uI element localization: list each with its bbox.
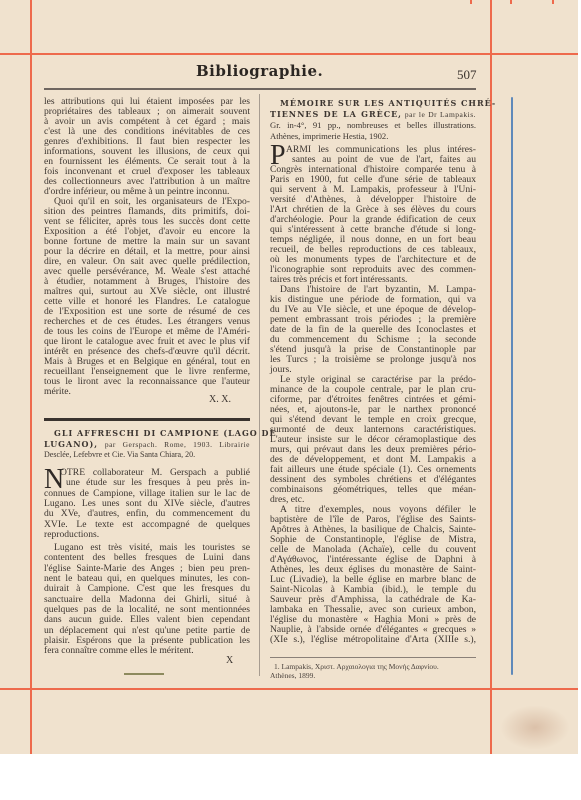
footnote-line: 1. Lampakis, Χριστ. Αρχαιολογια της Μονή… (274, 662, 439, 671)
section-rule (44, 418, 250, 421)
text-line: (XIe s.), l'église métropolitaine d'Arta… (270, 635, 476, 645)
text-line: tous le liront avec la reconnaissance qu… (44, 377, 250, 387)
red-rule-right (490, 0, 492, 754)
review-title: MÉMOIRE SUR LES ANTIQUITÉS CHRÉ- (270, 98, 476, 109)
running-head: Bibliographie. (196, 62, 323, 80)
text-line: contentent des belles fresques de Luini … (44, 553, 250, 563)
review-citation: LUGANO), par Gerspach. Rome, 1903. Libra… (44, 439, 250, 450)
red-tick (510, 0, 512, 4)
review-title: GLI AFFRESCHI DI CAMPIONE (LAGO DE (44, 428, 250, 439)
footnote-line: Athènes, 1899. (270, 671, 315, 680)
text-line: une étude sur les fresques à peu près in… (66, 478, 250, 488)
text-line: un déplacement qui n'est qu'une petite p… (44, 626, 250, 636)
column-divider (259, 94, 260, 676)
text-line: XVIe. Le texte est accompagné de quelque… (44, 520, 250, 530)
review-citation-3: Athènes, imprimerie Hestia, 1902. (270, 131, 476, 141)
blue-pencil-mark (511, 97, 513, 675)
text-line: fera connaître comme elles le méritent. (44, 646, 250, 656)
page-number: 507 (457, 67, 477, 83)
end-rule (124, 673, 164, 675)
text-line: les Turcs ; la troisième se prolonge jus… (270, 355, 476, 365)
text-line: reproductions. (44, 530, 250, 540)
foxing-stain (500, 705, 570, 750)
text-line: du XVe, d'autres, enfin, du commencement… (44, 509, 250, 519)
review-citation-2: Desclée, Lefebvre et Cie. Via Santa Chia… (44, 450, 250, 460)
review-citation: TIENNES DE LA GRÈCE, par le Dr Lampakis. (270, 109, 476, 120)
header-rule (44, 88, 476, 90)
red-rule-left (30, 0, 32, 754)
footnote-rule (270, 657, 476, 658)
red-tick (470, 0, 472, 4)
review-citation-2: Gr. in-4°, 91 pp., nombreuses et belles … (270, 120, 476, 130)
signature-xx: X. X. (209, 394, 231, 405)
signature-x: X (226, 655, 233, 666)
book-page: Bibliographie. 507 les attributions qui … (0, 0, 578, 754)
text-line: dans aucun guide. Elles valent bien cepe… (44, 615, 250, 625)
red-tick (552, 0, 554, 4)
text-line: duirait à Campione. C'est que les fresqu… (44, 584, 250, 594)
